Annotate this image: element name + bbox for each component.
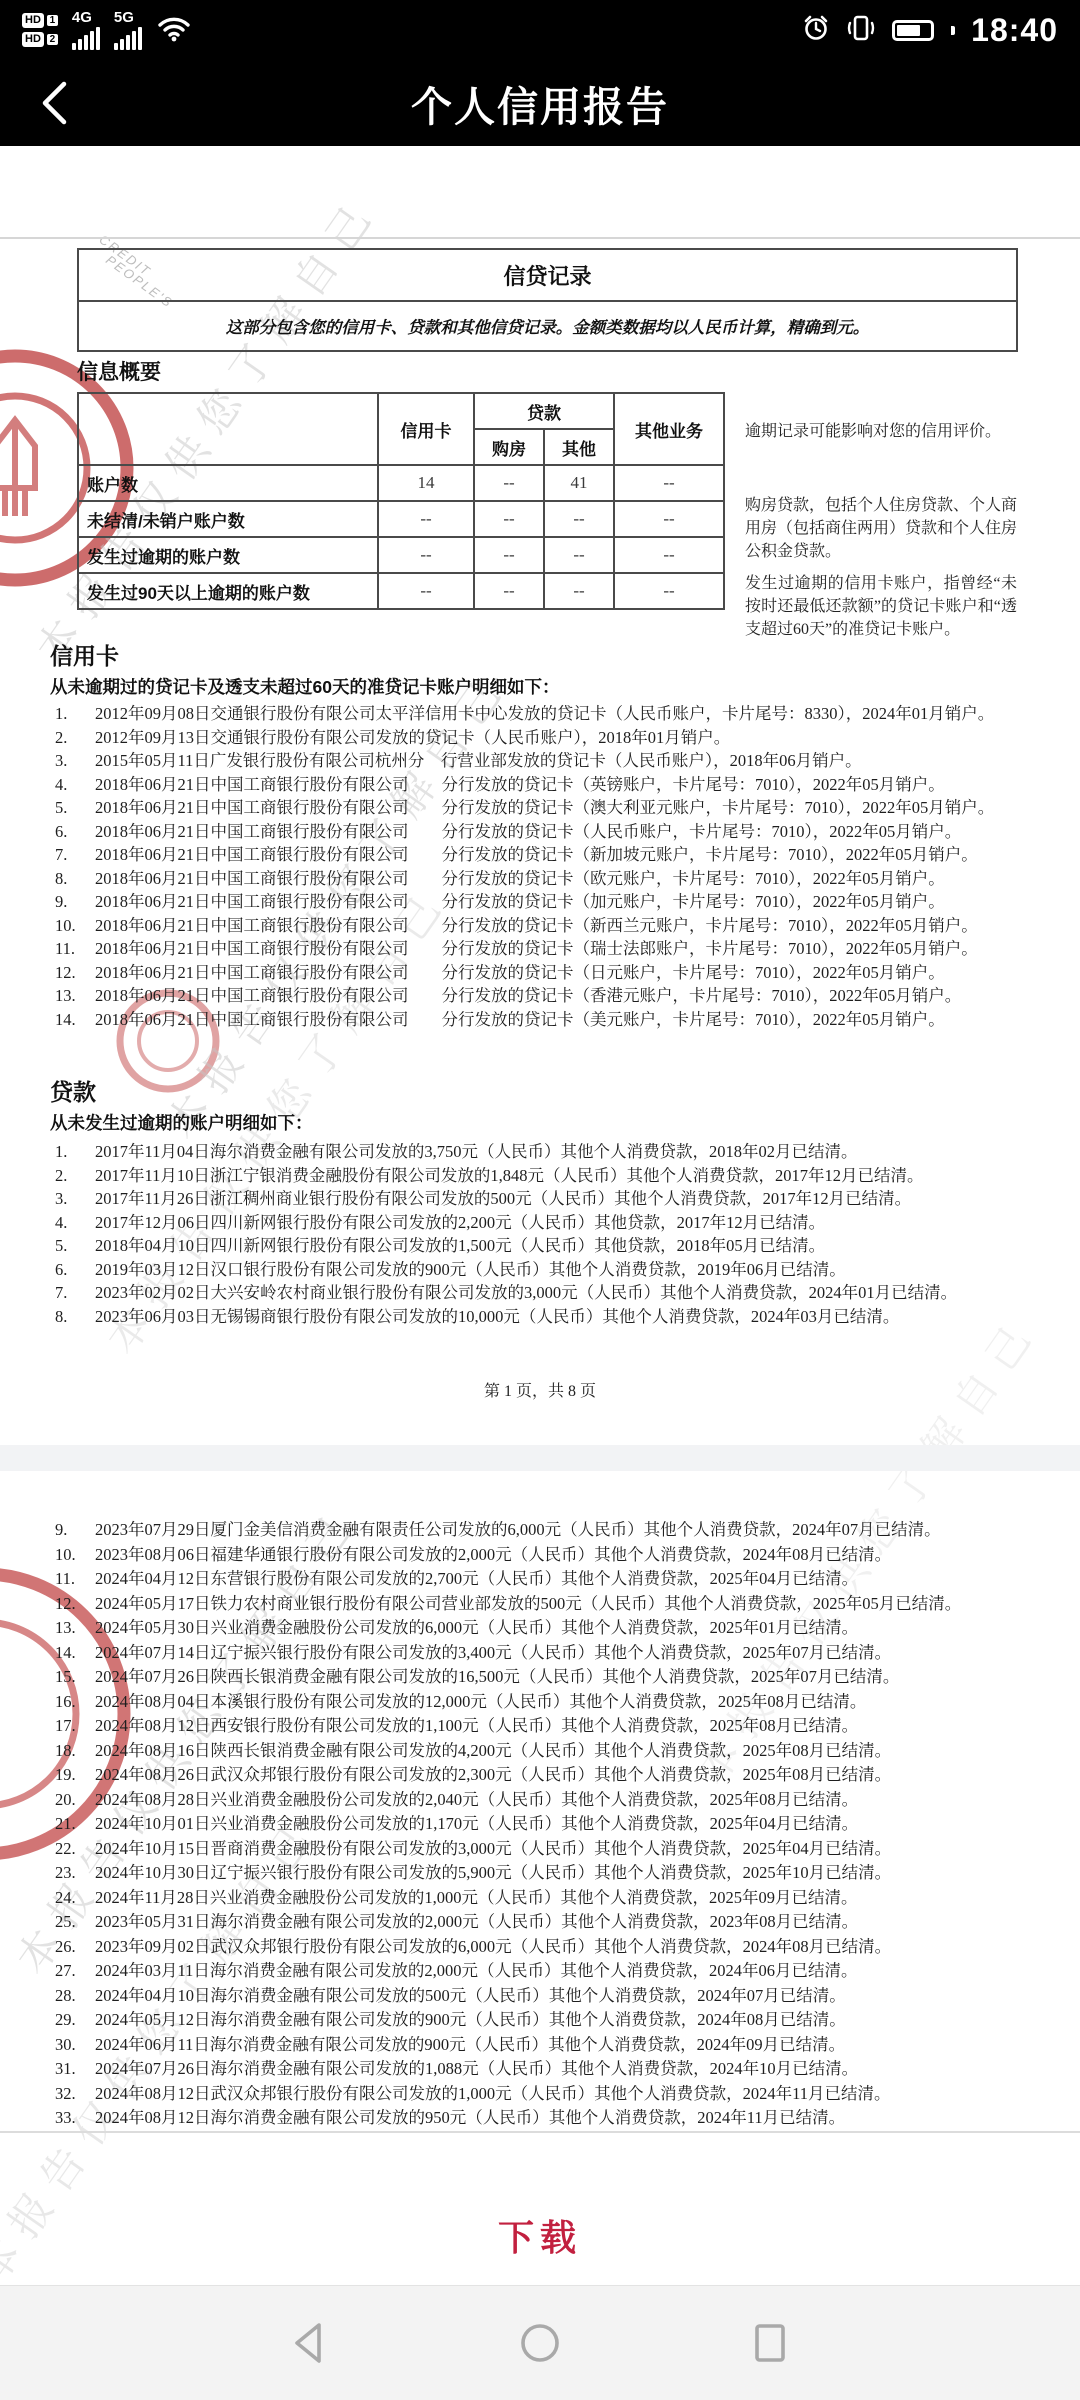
nav-home-icon[interactable] [516, 2319, 564, 2367]
credit-card-item: 7. 2018年06月21日中国工商银行股份有限公司 分行发放的贷记卡（新加坡元… [55, 843, 1050, 867]
summary-corner-cell [78, 393, 378, 465]
item-number: 11. [55, 937, 95, 961]
document-top-divider [0, 237, 1080, 239]
loan-item: 28. 2024年04月10日海尔消费金融有限公司发放的500元（人民币）其他个… [55, 1984, 1050, 2009]
item-text: 2024年08月26日武汉众邦银行股份有限公司发放的2,300元（人民币）其他个… [95, 1763, 891, 1788]
loan-item: 14. 2024年07月14日辽宁振兴银行股份有限公司发放的3,400元（人民币… [55, 1641, 1050, 1666]
hd2-sim-number: 2 [47, 34, 58, 45]
item-text: 2024年06月11日海尔消费金融有限公司发放的900元（人民币）其他个人消费贷… [95, 2033, 845, 2058]
item-text: 2024年08月28日兴业消费金融股份公司发放的2,040元（人民币）其他个人消… [95, 1788, 858, 1813]
cell-credit-card: -- [378, 537, 474, 573]
wifi-icon [156, 13, 192, 48]
item-text: 2012年09月08日交通银行股份有限公司太平洋信用卡中心发放的贷记卡（人民币账… [95, 702, 994, 726]
summary-note: 发生过逾期的信用卡账户，指曾经“未按时还最低还款额”的贷记卡账户和“透支超过60… [745, 572, 1017, 641]
credit-card-section-subheading: 从未逾期过的贷记卡及透支未超过60天的准贷记卡账户明细如下： [50, 674, 559, 699]
loan-item: 9. 2023年07月29日厦门金美信消费金融有限责任公司发放的6,000元（人… [55, 1518, 1050, 1543]
item-text: 2024年03月11日海尔消费金融有限公司发放的2,000元（人民币）其他个人消… [95, 1959, 858, 1984]
item-text: 2018年06月21日中国工商银行股份有限公司 分行发放的贷记卡（澳大利亚元账户… [95, 796, 994, 820]
credit-card-item: 4. 2018年06月21日中国工商银行股份有限公司 分行发放的贷记卡（英镑账户… [55, 773, 1050, 797]
cell-house-loan: -- [474, 537, 544, 573]
item-number: 12. [55, 961, 95, 985]
item-number: 25. [55, 1910, 95, 1935]
cell-other-business: -- [614, 573, 724, 609]
battery-icon [892, 20, 934, 41]
loan-item: 21. 2024年10月01日兴业消费金融股份公司发放的1,170元（人民币）其… [55, 1812, 1050, 1837]
item-number: 8. [55, 867, 95, 891]
item-number: 5. [55, 796, 95, 820]
item-text: 2018年06月21日中国工商银行股份有限公司 分行发放的贷记卡（美元账户，卡片… [95, 1008, 945, 1032]
page-title: 个人信用报告 [411, 74, 669, 133]
item-text: 2024年07月26日海尔消费金融有限公司发放的1,088元（人民币）其他个人消… [95, 2057, 858, 2082]
page-break-gap [0, 1445, 1080, 1471]
status-bar: HD 1 HD 2 4G 5G [0, 0, 1080, 60]
chevron-left-icon [37, 74, 71, 132]
android-nav-bar [0, 2285, 1080, 2400]
item-number: 15. [55, 1665, 95, 1690]
status-bar-left: HD 1 HD 2 4G 5G [22, 10, 192, 50]
item-number: 17. [55, 1714, 95, 1739]
item-number: 14. [55, 1641, 95, 1666]
item-text: 2023年02月02日大兴安岭农村商业银行股份有限公司发放的3,000元（人民币… [95, 1281, 957, 1305]
loan-item: 7. 2023年02月02日大兴安岭农村商业银行股份有限公司发放的3,000元（… [55, 1281, 1050, 1305]
item-text: 2024年08月04日本溪银行股份有限公司发放的12,000元（人民币）其他个人… [95, 1690, 866, 1715]
table-row: 未结清/未销户账户数 -- -- -- -- [78, 501, 724, 537]
item-number: 9. [55, 890, 95, 914]
item-text: 2018年06月21日中国工商银行股份有限公司 分行发放的贷记卡（人民币账户，卡… [95, 820, 961, 844]
loan-item: 26. 2023年09月02日武汉众邦银行股份有限公司发放的6,000元（人民币… [55, 1935, 1050, 1960]
credit-card-item: 5. 2018年06月21日中国工商银行股份有限公司 分行发放的贷记卡（澳大利亚… [55, 796, 1050, 820]
item-number: 7. [55, 843, 95, 867]
credit-card-item: 12. 2018年06月21日中国工商银行股份有限公司 分行发放的贷记卡（日元账… [55, 961, 1050, 985]
item-text: 2023年07月29日厦门金美信消费金融有限责任公司发放的6,000元（人民币）… [95, 1518, 941, 1543]
cell-credit-card: 14 [378, 465, 474, 501]
cell-other-loan: 41 [544, 465, 614, 501]
item-text: 2024年08月16日陕西长银消费金融有限公司发放的4,200元（人民币）其他个… [95, 1739, 891, 1764]
loan-item: 3. 2017年11月26日浙江稠州商业银行股份有限公司发放的500元（人民币）… [55, 1187, 1050, 1211]
nav-back-icon[interactable] [286, 2319, 334, 2367]
credit-card-item: 9. 2018年06月21日中国工商银行股份有限公司 分行发放的贷记卡（加元账户… [55, 890, 1050, 914]
row-label: 账户数 [78, 465, 378, 501]
row-label: 未结清/未销户账户数 [78, 501, 378, 537]
item-number: 11. [55, 1567, 95, 1592]
item-text: 2018年04月10日四川新网银行股份有限公司发放的1,500元（人民币）其他贷… [95, 1234, 825, 1258]
cell-other-business: -- [614, 465, 724, 501]
item-text: 2024年07月26日陕西长银消费金融有限公司发放的16,500元（人民币）其他… [95, 1665, 899, 1690]
loan-item: 6. 2019年03月12日汉口银行股份有限公司发放的900元（人民币）其他个人… [55, 1258, 1050, 1282]
row-label: 发生过90天以上逾期的账户数 [78, 573, 378, 609]
item-number: 9. [55, 1518, 95, 1543]
loan-item: 19. 2024年08月26日武汉众邦银行股份有限公司发放的2,300元（人民币… [55, 1763, 1050, 1788]
item-text: 2017年12月06日四川新网银行股份有限公司发放的2,200元（人民币）其他贷… [95, 1211, 825, 1235]
col-header-other-business: 其他业务 [614, 393, 724, 465]
cell-other-business: -- [614, 537, 724, 573]
credit-card-item: 10. 2018年06月21日中国工商银行股份有限公司 分行发放的贷记卡（新西兰… [55, 914, 1050, 938]
item-text: 2019年03月12日汉口银行股份有限公司发放的900元（人民币）其他个人消费贷… [95, 1258, 846, 1282]
loan-item: 33. 2024年08月12日海尔消费金融有限公司发放的950元（人民币）其他个… [55, 2106, 1050, 2131]
item-number: 2. [55, 1164, 95, 1188]
item-text: 2024年10月01日兴业消费金融股份公司发放的1,170元（人民币）其他个人消… [95, 1812, 858, 1837]
credit-record-box: 信贷记录 这部分包含您的信用卡、贷款和其他信贷记录。金额类数据均以人民币计算，精… [77, 248, 1018, 352]
status-bar-time: 18:40 [971, 12, 1058, 49]
loan-item: 2. 2017年11月10日浙江宁银消费金融股份有限公司发放的1,848元（人民… [55, 1164, 1050, 1188]
item-text: 2024年07月14日辽宁振兴银行股份有限公司发放的3,400元（人民币）其他个… [95, 1641, 891, 1666]
loan-item: 13. 2024年05月30日兴业消费金融股份公司发放的6,000元（人民币）其… [55, 1616, 1050, 1641]
credit-card-section-heading: 信用卡 [50, 638, 119, 671]
item-number: 18. [55, 1739, 95, 1764]
item-text: 2024年04月10日海尔消费金融有限公司发放的500元（人民币）其他个人消费贷… [95, 1984, 846, 2009]
hd1-label: HD [22, 13, 44, 28]
item-number: 7. [55, 1281, 95, 1305]
item-text: 2023年06月03日无锡锡商银行股份有限公司发放的10,000元（人民币）其他… [95, 1305, 899, 1329]
item-text: 2018年06月21日中国工商银行股份有限公司 分行发放的贷记卡（瑞士法郎账户，… [95, 937, 978, 961]
hd1-indicator: HD 1 [22, 13, 58, 28]
credit-card-item: 2. 2012年09月13日交通银行股份有限公司发放的贷记卡（人民币账户），20… [55, 726, 1050, 750]
item-text: 2024年08月12日武汉众邦银行股份有限公司发放的1,000元（人民币）其他个… [95, 2082, 891, 2107]
hd-indicators: HD 1 HD 2 [22, 13, 58, 47]
loan-item: 8. 2023年06月03日无锡锡商银行股份有限公司发放的10,000元（人民币… [55, 1305, 1050, 1329]
item-number: 28. [55, 1984, 95, 2009]
credit-card-list: 1. 2012年09月08日交通银行股份有限公司太平洋信用卡中心发放的贷记卡（人… [55, 702, 1050, 1031]
item-number: 1. [55, 1140, 95, 1164]
hd1-sim-number: 1 [47, 15, 58, 26]
cell-other-loan: -- [544, 573, 614, 609]
cell-credit-card: -- [378, 501, 474, 537]
credit-card-item: 8. 2018年06月21日中国工商银行股份有限公司 分行发放的贷记卡（欧元账户… [55, 867, 1050, 891]
cell-house-loan: -- [474, 465, 544, 501]
back-button[interactable] [26, 74, 82, 132]
item-number: 32. [55, 2082, 95, 2107]
loan-section-subheading: 从未发生过逾期的账户明细如下： [50, 1110, 313, 1135]
item-text: 2024年04月12日东营银行股份有限公司发放的2,700元（人民币）其他个人消… [95, 1567, 858, 1592]
item-number: 31. [55, 2057, 95, 2082]
item-text: 2024年08月12日海尔消费金融有限公司发放的950元（人民币）其他个人消费贷… [95, 2106, 845, 2131]
item-text: 2017年11月04日海尔消费金融有限公司发放的3,750元（人民币）其他个人消… [95, 1140, 858, 1164]
item-number: 12. [55, 1592, 95, 1617]
item-number: 4. [55, 773, 95, 797]
item-text: 2018年06月21日中国工商银行股份有限公司 分行发放的贷记卡（日元账户，卡片… [95, 961, 945, 985]
download-button[interactable]: 下载 [0, 2210, 1080, 2261]
item-text: 2024年11月28日兴业消费金融股份公司发放的1,000元（人民币）其他个人消… [95, 1886, 858, 1911]
vibrate-icon [846, 14, 876, 47]
loan-item: 17. 2024年08月12日西安银行股份有限公司发放的1,100元（人民币）其… [55, 1714, 1050, 1739]
col-header-other-loan: 其他 [544, 429, 614, 465]
loan-item: 27. 2024年03月11日海尔消费金融有限公司发放的2,000元（人民币）其… [55, 1959, 1050, 1984]
loan-section-heading: 贷款 [50, 1074, 96, 1107]
status-bar-right: 18:40 [802, 12, 1058, 49]
loan-item: 25. 2023年05月31日海尔消费金融有限公司发放的2,000元（人民币）其… [55, 1910, 1050, 1935]
item-text: 2024年08月12日西安银行股份有限公司发放的1,100元（人民币）其他个人消… [95, 1714, 858, 1739]
signal-bars-icon [114, 27, 142, 50]
cell-house-loan: -- [474, 501, 544, 537]
summary-heading: 信息概要 [77, 356, 161, 386]
item-number: 2. [55, 726, 95, 750]
network-type-5g: 5G [114, 10, 134, 25]
summary-note: 逾期记录可能影响对您的信用评价。 [745, 420, 1017, 443]
item-number: 10. [55, 1543, 95, 1568]
loan-item: 29. 2024年05月12日海尔消费金融有限公司发放的900元（人民币）其他个… [55, 2008, 1050, 2033]
item-text: 2018年06月21日中国工商银行股份有限公司 分行发放的贷记卡（新加坡元账户，… [95, 843, 978, 867]
network-type-4g: 4G [72, 10, 92, 25]
item-text: 2018年06月21日中国工商银行股份有限公司 分行发放的贷记卡（新西兰元账户，… [95, 914, 978, 938]
item-number: 27. [55, 1959, 95, 1984]
item-text: 2024年10月15日晋商消费金融股份有限公司发放的3,000元（人民币）其他个… [95, 1837, 891, 1862]
credit-card-item: 6. 2018年06月21日中国工商银行股份有限公司 分行发放的贷记卡（人民币账… [55, 820, 1050, 844]
battery-nub [951, 26, 955, 35]
item-number: 13. [55, 984, 95, 1008]
credit-card-item: 1. 2012年09月08日交通银行股份有限公司太平洋信用卡中心发放的贷记卡（人… [55, 702, 1050, 726]
item-number: 16. [55, 1690, 95, 1715]
phone-screen: HD 1 HD 2 4G 5G [0, 0, 1080, 2400]
item-number: 26. [55, 1935, 95, 1960]
loan-item: 20. 2024年08月28日兴业消费金融股份公司发放的2,040元（人民币）其… [55, 1788, 1050, 1813]
item-number: 8. [55, 1305, 95, 1329]
page-footer: 第 1 页，共 8 页 [0, 1378, 1080, 1401]
loan-item: 18. 2024年08月16日陕西长银消费金融有限公司发放的4,200元（人民币… [55, 1739, 1050, 1764]
nav-recents-icon[interactable] [746, 2319, 794, 2367]
credit-record-description: 这部分包含您的信用卡、贷款和其他信贷记录。金额类数据均以人民币计算，精确到元。 [79, 302, 1016, 350]
item-number: 19. [55, 1763, 95, 1788]
item-text: 2017年11月26日浙江稠州商业银行股份有限公司发放的500元（人民币）其他个… [95, 1187, 911, 1211]
item-number: 23. [55, 1861, 95, 1886]
loan-item: 10. 2023年08月06日福建华通银行股份有限公司发放的2,000元（人民币… [55, 1543, 1050, 1568]
credit-card-item: 13. 2018年06月21日中国工商银行股份有限公司 分行发放的贷记卡（香港元… [55, 984, 1050, 1008]
item-number: 20. [55, 1788, 95, 1813]
item-number: 29. [55, 2008, 95, 2033]
summary-table: 信用卡 贷款 其他业务 购房 其他 账户数 14 -- 41 - [77, 392, 725, 610]
item-number: 14. [55, 1008, 95, 1032]
item-text: 2012年09月13日交通银行股份有限公司发放的贷记卡（人民币账户），2018年… [95, 726, 730, 750]
item-number: 6. [55, 820, 95, 844]
credit-card-item: 14. 2018年06月21日中国工商银行股份有限公司 分行发放的贷记卡（美元账… [55, 1008, 1050, 1032]
loan-item: 22. 2024年10月15日晋商消费金融股份有限公司发放的3,000元（人民币… [55, 1837, 1050, 1862]
item-number: 3. [55, 749, 95, 773]
app-header: 个人信用报告 [0, 60, 1080, 146]
item-text: 2018年06月21日中国工商银行股份有限公司 分行发放的贷记卡（加元账户，卡片… [95, 890, 945, 914]
signal-bars-icon [72, 27, 100, 50]
col-header-loan: 贷款 [474, 393, 614, 429]
credit-card-item: 11. 2018年06月21日中国工商银行股份有限公司 分行发放的贷记卡（瑞士法… [55, 937, 1050, 961]
item-text: 2017年11月10日浙江宁银消费金融股份有限公司发放的1,848元（人民币）其… [95, 1164, 924, 1188]
summary-note: 购房贷款，包括个人住房贷款、个人商用房（包括商住两用）贷款和个人住房公积金贷款。 [745, 494, 1017, 563]
loan-list-page1: 1. 2017年11月04日海尔消费金融有限公司发放的3,750元（人民币）其他… [55, 1140, 1050, 1328]
col-header-credit-card: 信用卡 [378, 393, 474, 465]
signal-4g: 4G [72, 10, 100, 50]
credit-record-title: 信贷记录 [79, 250, 1016, 302]
item-text: 2023年08月06日福建华通银行股份有限公司发放的2,000元（人民币）其他个… [95, 1543, 891, 1568]
item-number: 24. [55, 1886, 95, 1911]
item-text: 2018年06月21日中国工商银行股份有限公司 分行发放的贷记卡（欧元账户，卡片… [95, 867, 945, 891]
item-text: 2024年10月30日辽宁振兴银行股份有限公司发放的5,900元（人民币）其他个… [95, 1861, 891, 1886]
loan-item: 32. 2024年08月12日武汉众邦银行股份有限公司发放的1,000元（人民币… [55, 2082, 1050, 2107]
item-number: 10. [55, 914, 95, 938]
item-text: 2018年06月21日中国工商银行股份有限公司 分行发放的贷记卡（英镑账户，卡片… [95, 773, 945, 797]
loan-item: 31. 2024年07月26日海尔消费金融有限公司发放的1,088元（人民币）其… [55, 2057, 1050, 2082]
loan-item: 24. 2024年11月28日兴业消费金融股份公司发放的1,000元（人民币）其… [55, 1886, 1050, 1911]
item-text: 2024年05月30日兴业消费金融股份公司发放的6,000元（人民币）其他个人消… [95, 1616, 858, 1641]
signal-5g: 5G [114, 10, 142, 50]
item-text: 2015年05月11日广发银行股份有限公司杭州分 行营业部发放的贷记卡（人民币账… [95, 749, 862, 773]
item-number: 21. [55, 1812, 95, 1837]
item-number: 22. [55, 1837, 95, 1862]
loan-item: 12. 2024年05月17日铁力农村商业银行股份有限公司营业部发放的500元（… [55, 1592, 1050, 1617]
hd2-indicator: HD 2 [22, 32, 58, 47]
item-number: 4. [55, 1211, 95, 1235]
page-cut-line [0, 2131, 1080, 2133]
item-number: 3. [55, 1187, 95, 1211]
item-text: 2023年09月02日武汉众邦银行股份有限公司发放的6,000元（人民币）其他个… [95, 1935, 891, 1960]
table-row: 账户数 14 -- 41 -- [78, 465, 724, 501]
table-row: 发生过90天以上逾期的账户数 -- -- -- -- [78, 573, 724, 609]
cell-other-loan: -- [544, 501, 614, 537]
cell-other-loan: -- [544, 537, 614, 573]
col-header-house-loan: 购房 [474, 429, 544, 465]
cell-house-loan: -- [474, 573, 544, 609]
loan-list-page2: 9. 2023年07月29日厦门金美信消费金融有限责任公司发放的6,000元（人… [55, 1518, 1050, 2131]
hd2-label: HD [22, 32, 44, 47]
loan-item: 11. 2024年04月12日东营银行股份有限公司发放的2,700元（人民币）其… [55, 1567, 1050, 1592]
loan-item: 16. 2024年08月04日本溪银行股份有限公司发放的12,000元（人民币）… [55, 1690, 1050, 1715]
loan-item: 1. 2017年11月04日海尔消费金融有限公司发放的3,750元（人民币）其他… [55, 1140, 1050, 1164]
item-number: 13. [55, 1616, 95, 1641]
alarm-icon [802, 14, 830, 47]
loan-item: 15. 2024年07月26日陕西长银消费金融有限公司发放的16,500元（人民… [55, 1665, 1050, 1690]
item-text: 2018年06月21日中国工商银行股份有限公司 分行发放的贷记卡（香港元账户，卡… [95, 984, 961, 1008]
cell-other-business: -- [614, 501, 724, 537]
item-number: 33. [55, 2106, 95, 2131]
row-label: 发生过逾期的账户数 [78, 537, 378, 573]
item-text: 2024年05月12日海尔消费金融有限公司发放的900元（人民币）其他个人消费贷… [95, 2008, 846, 2033]
item-number: 5. [55, 1234, 95, 1258]
item-text: 2024年05月17日铁力农村商业银行股份有限公司营业部发放的500元（人民币）… [95, 1592, 961, 1617]
item-number: 1. [55, 702, 95, 726]
loan-item: 5. 2018年04月10日四川新网银行股份有限公司发放的1,500元（人民币）… [55, 1234, 1050, 1258]
item-number: 30. [55, 2033, 95, 2058]
item-number: 6. [55, 1258, 95, 1282]
loan-item: 23. 2024年10月30日辽宁振兴银行股份有限公司发放的5,900元（人民币… [55, 1861, 1050, 1886]
credit-card-item: 3. 2015年05月11日广发银行股份有限公司杭州分 行营业部发放的贷记卡（人… [55, 749, 1050, 773]
loan-item: 30. 2024年06月11日海尔消费金融有限公司发放的900元（人民币）其他个… [55, 2033, 1050, 2058]
item-text: 2023年05月31日海尔消费金融有限公司发放的2,000元（人民币）其他个人消… [95, 1910, 858, 1935]
loan-item: 4. 2017年12月06日四川新网银行股份有限公司发放的2,200元（人民币）… [55, 1211, 1050, 1235]
cell-credit-card: -- [378, 573, 474, 609]
table-row: 发生过逾期的账户数 -- -- -- -- [78, 537, 724, 573]
